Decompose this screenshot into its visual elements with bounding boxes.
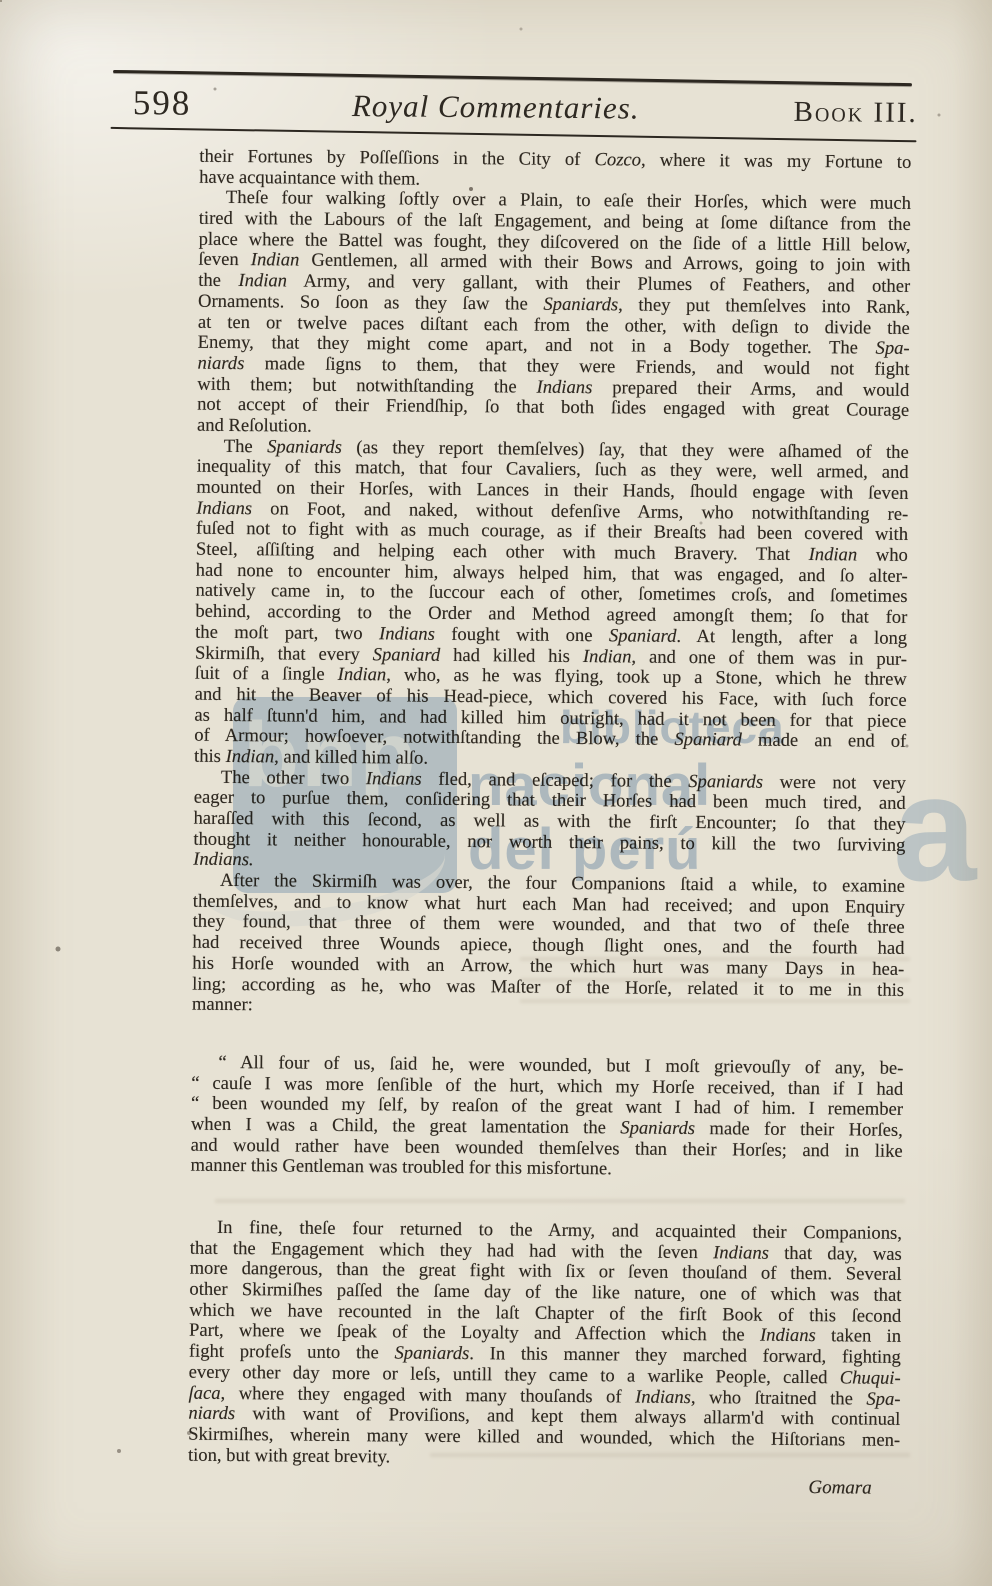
paragraph: The Spaniards (as they report themſelves… xyxy=(194,436,909,773)
text-column: their Fortunes by Poſſeſſions in the Cit… xyxy=(188,147,912,1500)
paragraph: After the Skirmiſh was over, the four Co… xyxy=(192,871,905,1022)
paragraph: Theſe four walking ſoftly over a Plain, … xyxy=(197,188,911,442)
header-bottom-rule xyxy=(111,127,917,142)
paragraph: The other two Indians fled, and eſcaped;… xyxy=(193,767,906,877)
header-top-rule xyxy=(113,70,912,86)
page-content: 598 Royal Commentaries. Book III. their … xyxy=(0,0,992,1586)
book-heading: Book III. xyxy=(793,96,917,130)
paragraph: their Fortunes by Poſſeſſions in the Cit… xyxy=(199,147,911,195)
paragraph: “ All four of us, ſaid he, were wounded,… xyxy=(190,1053,903,1183)
catchword: Gomara xyxy=(188,1472,900,1500)
scanned-book-page: { "colors": { "paper": "#e7e2d4", "ink":… xyxy=(0,0,992,1586)
paragraph: In fine, theſe four returned to the Army… xyxy=(188,1218,902,1472)
